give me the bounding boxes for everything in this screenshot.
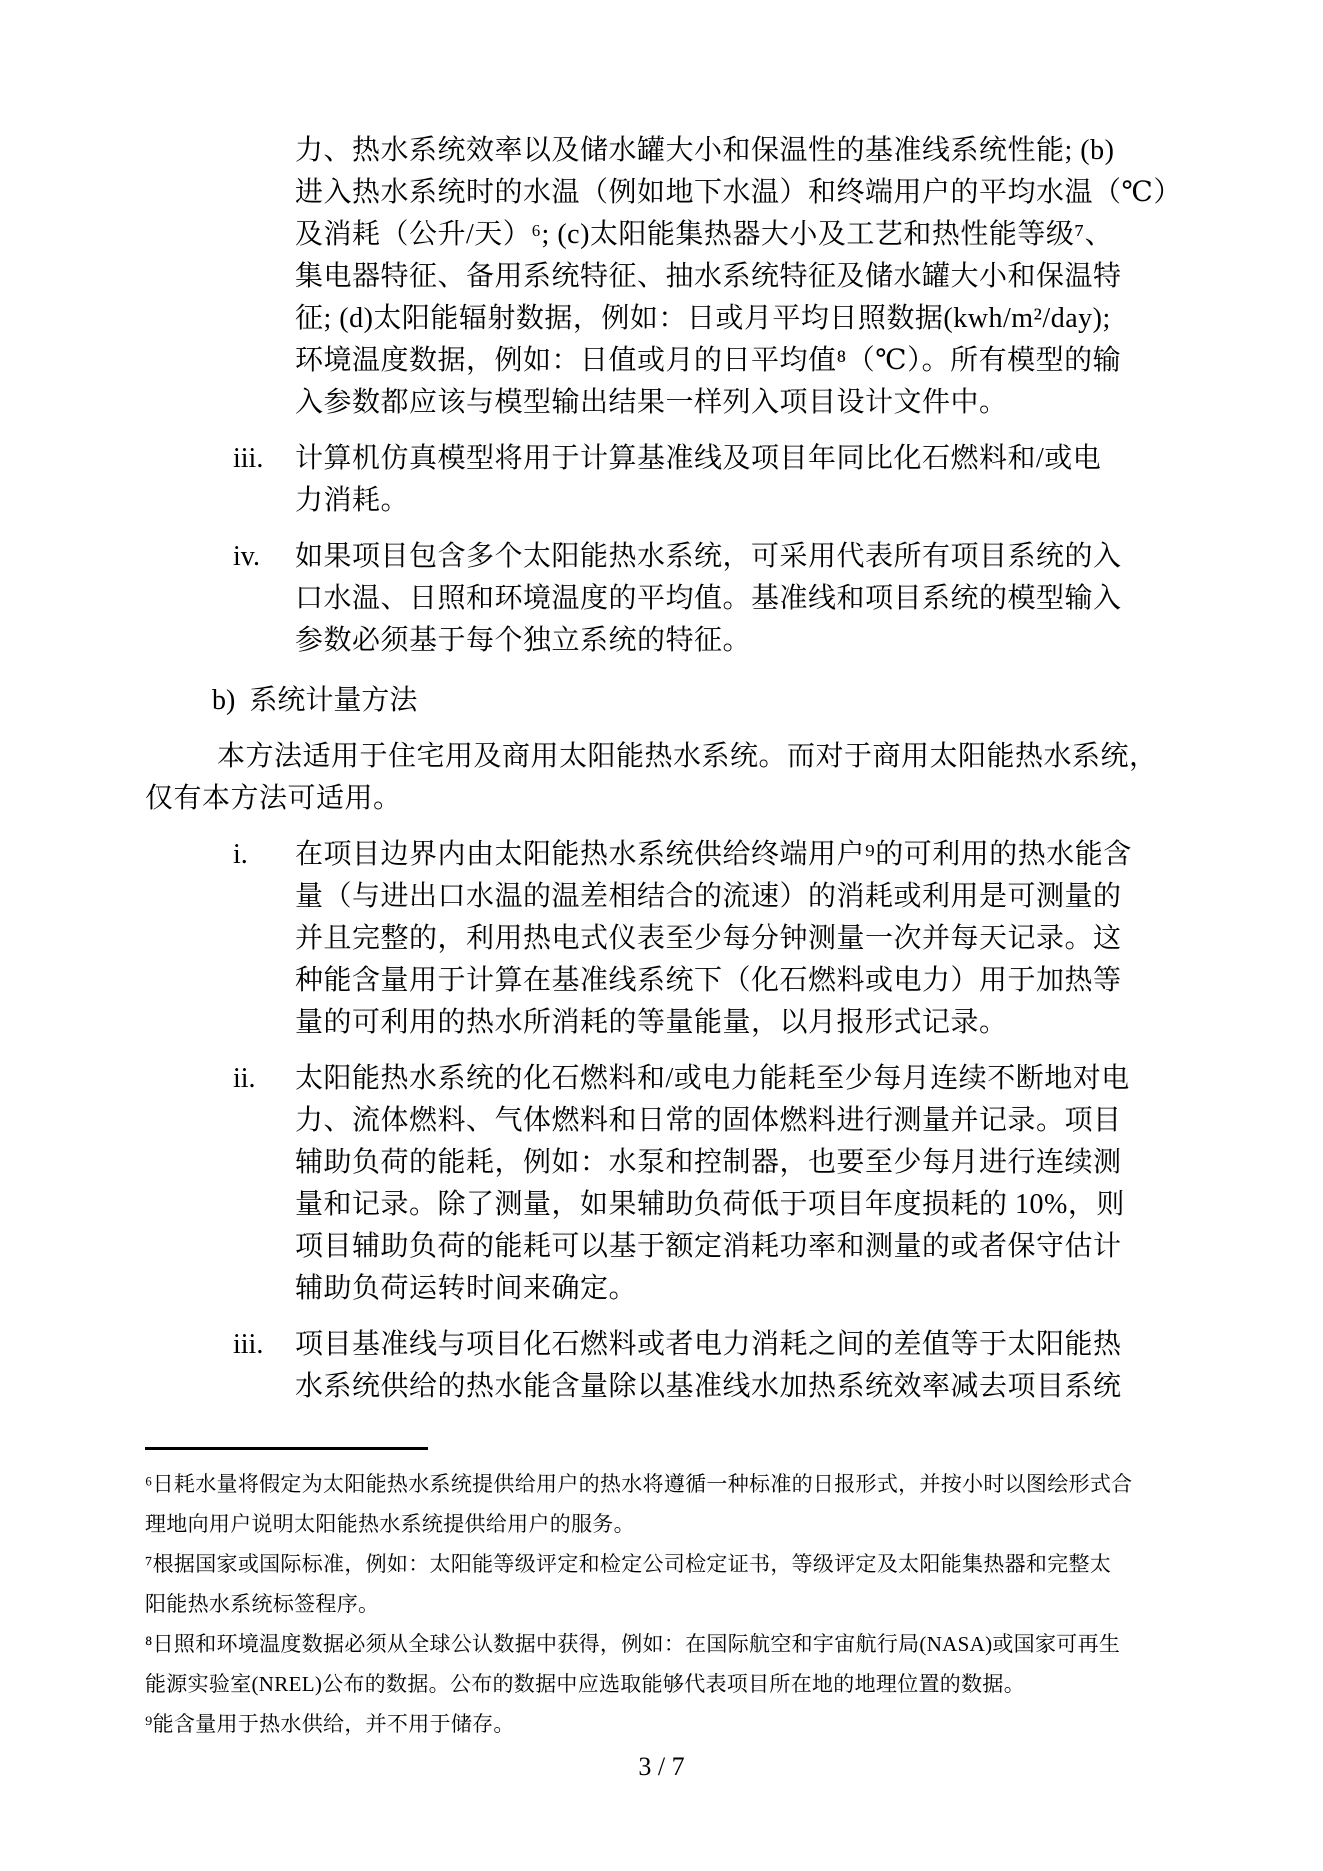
list-marker: iii. (233, 438, 295, 522)
list-item-text: 项目基准线与项目化石燃料或者电力消耗之间的差值等于太阳能热水系统供给的热水能含量… (295, 1324, 1185, 1408)
text-line: 计算机仿真模型将用于计算基准线及项目年同比化石燃料和/或电 (295, 438, 1185, 480)
list-marker: iv. (233, 536, 295, 662)
list-item-ii: ii. 太阳能热水系统的化石燃料和/或电力能耗至少每月连续不断地对电力、流体燃料… (145, 1058, 1185, 1310)
text-line: 并且完整的，利用热电式仪表至少每分钟测量一次并每天记录。这 (295, 918, 1185, 960)
text-line: 能源实验室(NREL)公布的数据。公布的数据中应选取能够代表项目所在地的地理位置… (145, 1664, 1185, 1704)
section-title: 系统计量方法 (249, 680, 417, 722)
list-item-text: 如果项目包含多个太阳能热水系统，可采用代表所有项目系统的入口水温、日照和环境温度… (295, 536, 1185, 662)
list-item-text: 太阳能热水系统的化石燃料和/或电力能耗至少每月连续不断地对电力、流体燃料、气体燃… (295, 1058, 1185, 1310)
text-line: 太阳能热水系统的化石燃料和/或电力能耗至少每月连续不断地对电 (295, 1058, 1185, 1100)
page-number: 3 / 7 (0, 1750, 1323, 1784)
text-line: ⁹能含量用于热水供给，并不用于储存。 (145, 1704, 1185, 1744)
text-line: 水系统供给的热水能含量除以基准线水加热系统效率减去项目系统 (295, 1366, 1185, 1408)
text-line: 进入热水系统时的水温（例如地下水温）和终端用户的平均水温（℃） (295, 172, 1185, 214)
text-line: 辅助负荷的能耗，例如：水泵和控制器，也要至少每月进行连续测 (295, 1142, 1185, 1184)
text-line: 项目基准线与项目化石燃料或者电力消耗之间的差值等于太阳能热 (295, 1324, 1185, 1366)
text-line: 项目辅助负荷的能耗可以基于额定消耗功率和测量的或者保守估计 (295, 1226, 1185, 1268)
footnote-7: ⁷根据国家或国际标准，例如：太阳能等级评定和检定公司检定证书，等级评定及太阳能集… (145, 1544, 1185, 1624)
text-line: 本方法适用于住宅用及商用太阳能热水系统。而对于商用太阳能热水系统， (145, 736, 1185, 778)
list-item-text: 计算机仿真模型将用于计算基准线及项目年同比化石燃料和/或电力消耗。 (295, 438, 1185, 522)
text-line: 集电器特征、备用系统特征、抽水系统特征及储水罐大小和保温特 (295, 256, 1185, 298)
text-line: 在项目边界内由太阳能热水系统供给终端用户⁹的可利用的热水能含 (295, 834, 1185, 876)
text-line: 辅助负荷运转时间来确定。 (295, 1268, 1185, 1310)
footnote-separator (145, 1447, 428, 1450)
text-line: 力、流体燃料、气体燃料和日常的固体燃料进行测量并记录。项目 (295, 1100, 1185, 1142)
text-line: 入参数都应该与模型输出结果一样列入项目设计文件中。 (295, 382, 1185, 424)
text-line: 量的可利用的热水所消耗的等量能量，以月报形式记录。 (295, 1002, 1185, 1044)
footnote-8: ⁸日照和环境温度数据必须从全球公认数据中获得，例如：在国际航空和宇宙航行局(NA… (145, 1624, 1185, 1704)
text-line: 参数必须基于每个独立系统的特征。 (295, 620, 1185, 662)
section-heading-b: b) 系统计量方法 (212, 680, 1185, 722)
footnote-6: ⁶日耗水量将假定为太阳能热水系统提供给用户的热水将遵循一种标准的日报形式，并按小… (145, 1464, 1185, 1544)
list-item-text: 在项目边界内由太阳能热水系统供给终端用户⁹的可利用的热水能含量（与进出口水温的温… (295, 834, 1185, 1044)
text-line: ⁷根据国家或国际标准，例如：太阳能等级评定和检定公司检定证书，等级评定及太阳能集… (145, 1544, 1185, 1584)
text-line: 环境温度数据，例如：日值或月的日平均值⁸（℃）。所有模型的输 (295, 340, 1185, 382)
text-line: 种能含量用于计算在基准线系统下（化石燃料或电力）用于加热等 (295, 960, 1185, 1002)
text-line: 仅有本方法可适用。 (145, 778, 1185, 820)
text-line: ⁸日照和环境温度数据必须从全球公认数据中获得，例如：在国际航空和宇宙航行局(NA… (145, 1624, 1185, 1664)
text-line: 量（与进出口水温的温差相结合的流速）的消耗或利用是可测量的 (295, 876, 1185, 918)
continuation-paragraph: 力、热水系统效率以及储水罐大小和保温性的基准线系统性能; (b)进入热水系统时的… (295, 130, 1185, 424)
footnote-area: ⁶日耗水量将假定为太阳能热水系统提供给用户的热水将遵循一种标准的日报形式，并按小… (145, 1447, 1185, 1744)
text-line: 征; (d)太阳能辐射数据，例如：日或月平均日照数据(kwh/m²/day); (295, 298, 1185, 340)
footnote-9: ⁹能含量用于热水供给，并不用于储存。 (145, 1704, 1185, 1744)
text-line: 量和记录。除了测量，如果辅助负荷低于项目年度损耗的 10%，则 (295, 1184, 1185, 1226)
text-line: 阳能热水系统标签程序。 (145, 1584, 1185, 1624)
intro-paragraph: 本方法适用于住宅用及商用太阳能热水系统。而对于商用太阳能热水系统，仅有本方法可适… (145, 736, 1185, 820)
text-line: 如果项目包含多个太阳能热水系统，可采用代表所有项目系统的入 (295, 536, 1185, 578)
list-item-iii-2: iii. 项目基准线与项目化石燃料或者电力消耗之间的差值等于太阳能热水系统供给的… (145, 1324, 1185, 1408)
list-marker: iii. (233, 1324, 295, 1408)
text-line: 及消耗（公升/天）⁶; (c)太阳能集热器大小及工艺和热性能等级⁷、 (295, 214, 1185, 256)
text-line: 口水温、日照和环境温度的平均值。基准线和项目系统的模型输入 (295, 578, 1185, 620)
list-item-iv: iv. 如果项目包含多个太阳能热水系统，可采用代表所有项目系统的入口水温、日照和… (145, 536, 1185, 662)
document-page: 力、热水系统效率以及储水罐大小和保温性的基准线系统性能; (b)进入热水系统时的… (0, 0, 1323, 1871)
text-line: 力消耗。 (295, 480, 1185, 522)
text-line: ⁶日耗水量将假定为太阳能热水系统提供给用户的热水将遵循一种标准的日报形式，并按小… (145, 1464, 1185, 1504)
text-line: 理地向用户说明太阳能热水系统提供给用户的服务。 (145, 1504, 1185, 1544)
page-body: 力、热水系统效率以及储水罐大小和保温性的基准线系统性能; (b)进入热水系统时的… (145, 130, 1185, 1408)
list-marker: i. (233, 834, 295, 1044)
list-marker: ii. (233, 1058, 295, 1310)
list-item-i: i. 在项目边界内由太阳能热水系统供给终端用户⁹的可利用的热水能含量（与进出口水… (145, 834, 1185, 1044)
section-marker: b) (212, 680, 235, 722)
list-item-iii: iii. 计算机仿真模型将用于计算基准线及项目年同比化石燃料和/或电力消耗。 (145, 438, 1185, 522)
text-line: 力、热水系统效率以及储水罐大小和保温性的基准线系统性能; (b) (295, 130, 1185, 172)
